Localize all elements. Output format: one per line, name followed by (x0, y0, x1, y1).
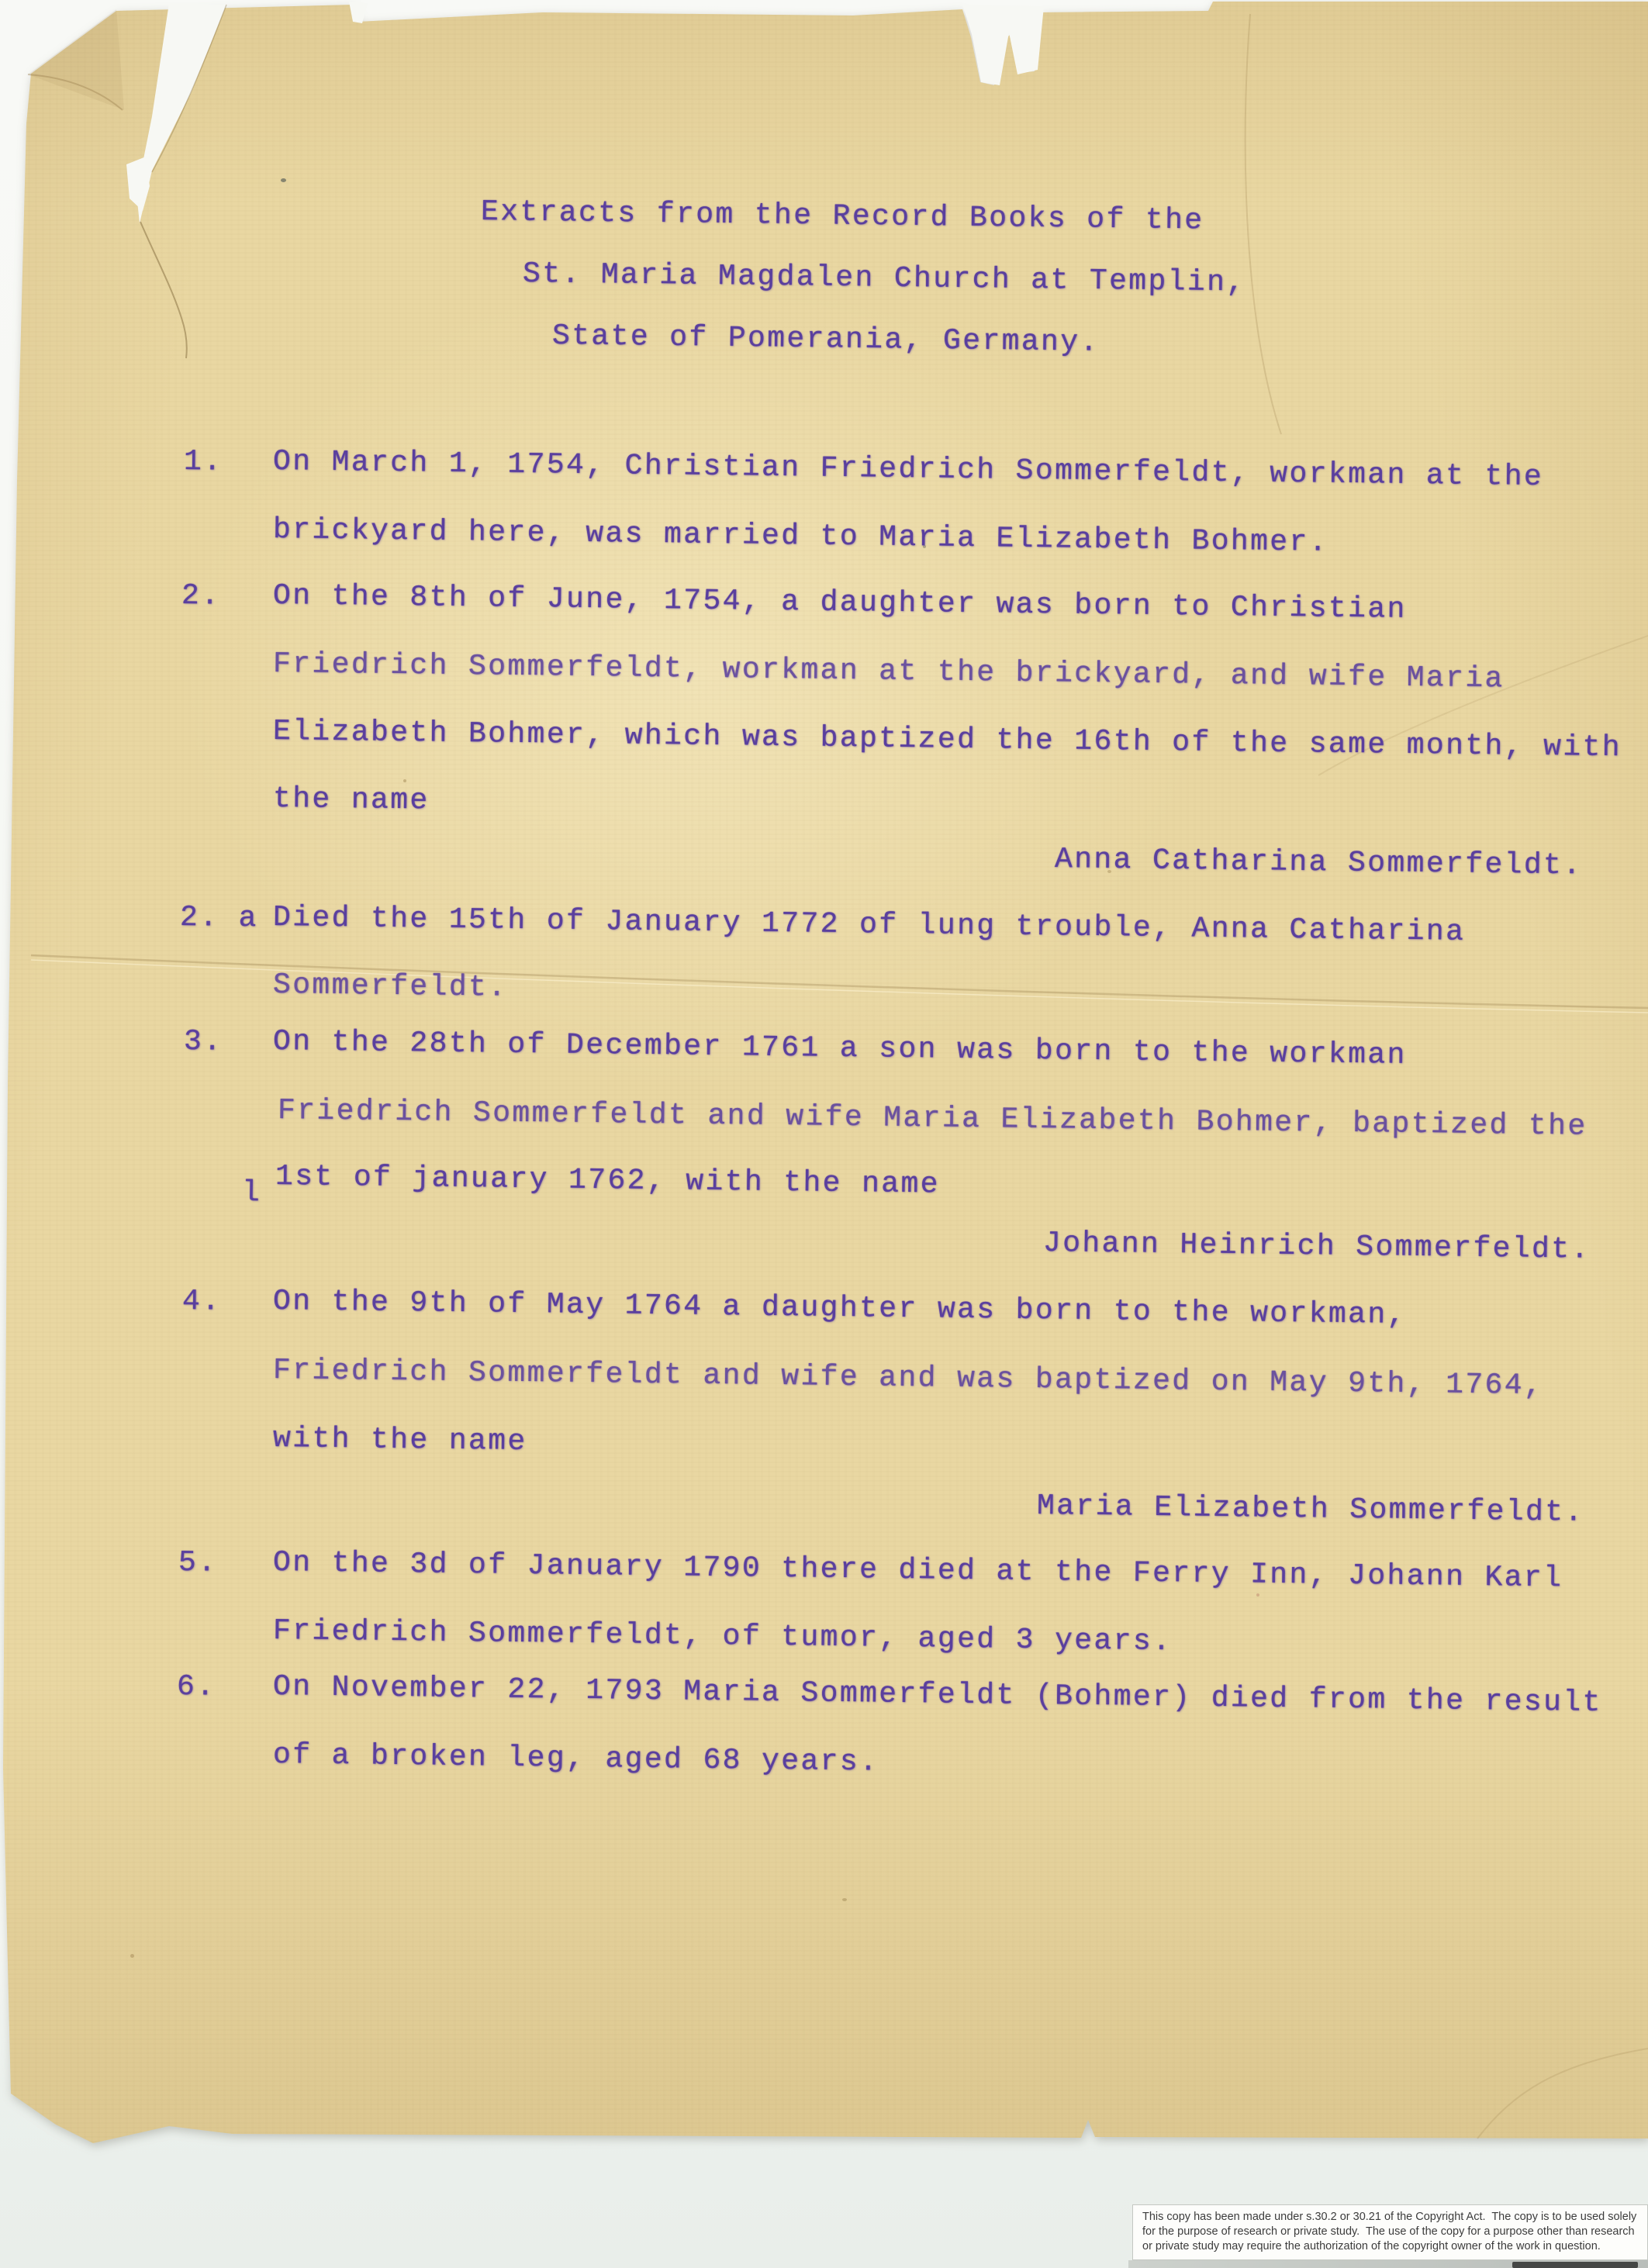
entry-number: 5. (178, 1548, 218, 1579)
entry-number: 4. (182, 1287, 222, 1317)
speck (130, 1954, 134, 1958)
stamp-line: or private study may require the authori… (1142, 2239, 1647, 2254)
entry-number: 6. (177, 1673, 216, 1703)
scanned-document-page: { "page": { "colors": { "ink": "#5a3f9e"… (0, 0, 1648, 2268)
typed-line: of a broken leg, aged 68 years. (273, 1741, 879, 1778)
stamp-line: for the purpose of research or private s… (1142, 2225, 1647, 2239)
entry-number: 2. a (180, 903, 258, 934)
scale-bar (1512, 2262, 1638, 2268)
name-line: Maria Elizabeth Sommerfeldt. (1037, 1492, 1584, 1528)
typed-line: with the name (273, 1424, 527, 1457)
typed-line: the name (273, 785, 430, 816)
stamp-line: This copy has been made under s.30.2 or … (1142, 2210, 1647, 2225)
typed-line: Sommerfeldt. (273, 971, 508, 1003)
speck (281, 178, 286, 182)
copyright-stamp: This copy has been made under s.30.2 or … (1132, 2204, 1648, 2260)
title-line: State of Pomerania, Germany. (552, 322, 1100, 358)
speck (842, 1898, 847, 1901)
speck (1256, 1593, 1259, 1597)
entry-number: 3. (184, 1027, 223, 1058)
typed-line: 1st of january 1762, with the name (275, 1162, 940, 1200)
speck (403, 779, 406, 782)
stray-character: l (242, 1179, 262, 1208)
name-line: Johann Heinrich Sommerfeldt. (1043, 1229, 1591, 1265)
entry-number: 2. (181, 582, 221, 612)
entry-number: 1. (184, 447, 223, 478)
name-line: Anna Catharina Sommerfeldt. (1055, 845, 1583, 881)
